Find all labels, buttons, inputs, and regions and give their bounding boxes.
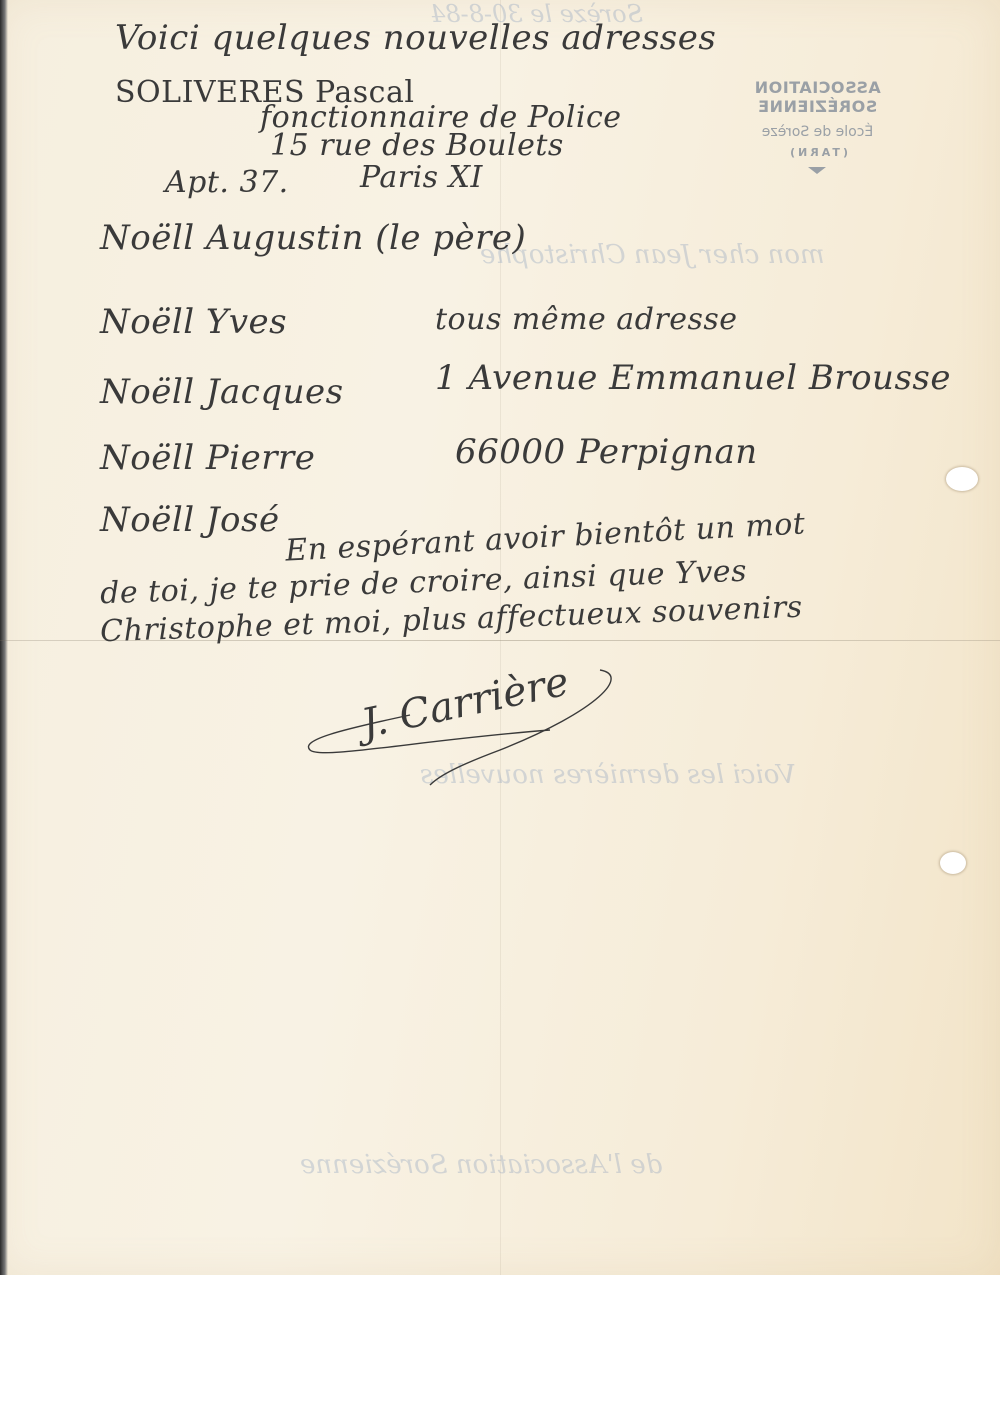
letter-page: Sorèze le 30-8-84 mon cher Jean Christop… — [0, 0, 1000, 1275]
address-city: 66000 Perpignan — [455, 432, 758, 472]
letterhead-subtitle: École de Sorèze — [700, 124, 935, 140]
same-address-note: tous même adresse — [435, 302, 738, 337]
intro-line: Voici quelques nouvelles adresses — [115, 18, 716, 58]
letterhead-title: ASSOCIATION SORÉZIENNE — [700, 78, 935, 116]
contact-name-jose: Noëll José — [100, 500, 280, 540]
address-street: 1 Avenue Emmanuel Brousse — [435, 358, 951, 398]
contact-city: Paris XI — [360, 160, 483, 195]
contact-name-pierre: Noëll Pierre — [100, 438, 315, 478]
vertical-fold-line — [500, 0, 501, 1275]
contact-name-augustin: Noëll Augustin (le père) — [100, 218, 526, 258]
reverse-bleed-line: mon cher Jean Christophe — [480, 240, 825, 270]
contact-apartment: Apt. 37. — [165, 165, 289, 200]
signature: J. Carrière — [300, 660, 630, 790]
punch-hole — [940, 852, 966, 874]
letterhead-arrow-icon — [809, 167, 827, 174]
contact-street: 15 rue des Boulets — [270, 128, 564, 163]
letterhead: ASSOCIATION SORÉZIENNE École de Sorèze (… — [700, 78, 935, 174]
letterhead-department: (TARN) — [700, 146, 935, 159]
reverse-bleed-line: de l'Association Sorézienne — [300, 1150, 662, 1180]
contact-name-jacques: Noëll Jacques — [100, 372, 344, 412]
contact-name-yves: Noëll Yves — [100, 302, 287, 342]
punch-hole — [946, 467, 978, 491]
